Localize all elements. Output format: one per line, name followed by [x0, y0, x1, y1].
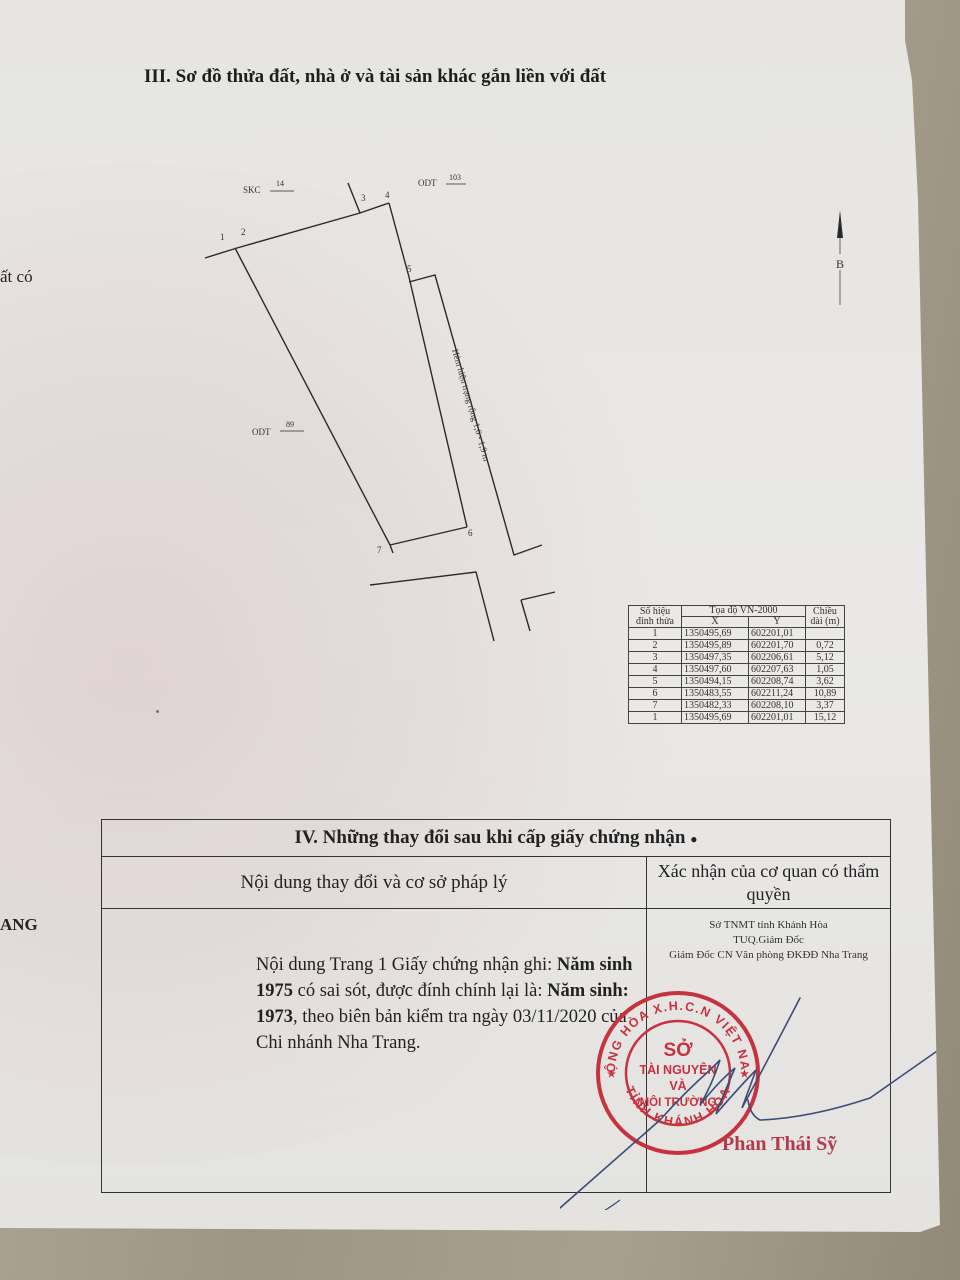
cell-y: 602208,10	[749, 700, 806, 712]
neighbor-odt103-code: ODT	[418, 178, 437, 188]
cell-x: 1350494,15	[682, 676, 749, 688]
edge-fragment-bottom: ANG	[0, 915, 38, 935]
cell-vertex: 3	[629, 652, 682, 664]
vertex-2-label: 2	[241, 227, 246, 237]
cell-y: 602201,70	[749, 640, 806, 652]
col-content-header: Nội dung thay đổi và cơ sở pháp lý	[102, 857, 646, 908]
neighbor-skc-code: SKC	[243, 185, 261, 195]
cell-y: 602206,61	[749, 652, 806, 664]
north-label: B	[836, 257, 844, 271]
neighbor-skc-parcel: 14	[276, 179, 284, 188]
north-arrow-icon: B	[830, 210, 850, 305]
coordinate-row: 11350495,69602201,01	[629, 628, 845, 640]
signer-name: Phan Thái Sỹ	[722, 1133, 837, 1156]
certificate-page: III. Sơ đồ thửa đất, nhà ở và tài sản kh…	[0, 0, 940, 1232]
vertex-7-label: 7	[377, 545, 382, 555]
header-length: Chiều dài (m)	[806, 606, 845, 628]
authority-line-3: Giám Đốc CN Văn phòng ĐKĐĐ Nha Trang	[647, 948, 890, 963]
cell-y: 602207,63	[749, 664, 806, 676]
cell-length: 3,37	[806, 700, 845, 712]
cell-x: 1350495,89	[682, 640, 749, 652]
cell-x: 1350495,69	[682, 628, 749, 640]
cell-length: 3,62	[806, 676, 845, 688]
header-y: Y	[749, 617, 806, 628]
vertex-4-label: 4	[385, 190, 390, 200]
cell-y: 602211,24	[749, 688, 806, 700]
cell-x: 1350497,60	[682, 664, 749, 676]
col-authority-header: Xác nhận của cơ quan có thẩm quyền	[647, 860, 890, 906]
coordinate-row: 71350482,33602208,103,37	[629, 700, 845, 712]
cell-vertex: 4	[629, 664, 682, 676]
neighbor-odt103-parcel: 103	[449, 173, 461, 182]
cell-vertex: 1	[629, 628, 682, 640]
coordinate-row: 51350494,15602208,743,62	[629, 676, 845, 688]
cell-vertex: 1	[629, 712, 682, 724]
cell-vertex: 7	[629, 700, 682, 712]
cell-length: 10,89	[806, 688, 845, 700]
alley-label: Hẻm hiện trạng rộng 1,6 - 1,9 m	[450, 348, 492, 462]
authority-line-1: Sở TNMT tỉnh Khánh Hòa	[647, 918, 890, 933]
vertex-1-label: 1	[220, 232, 225, 242]
cell-x: 1350482,33	[682, 700, 749, 712]
coordinate-row: 41350497,60602207,631,05	[629, 664, 845, 676]
coordinate-table: Số hiệu đỉnh thửa Tọa độ VN-2000 Chiều d…	[628, 605, 845, 724]
header-vertex: Số hiệu đỉnh thửa	[629, 606, 682, 628]
cell-vertex: 2	[629, 640, 682, 652]
coordinate-row: 61350483,55602211,2410,89	[629, 688, 845, 700]
coordinate-row: 21350495,89602201,700,72	[629, 640, 845, 652]
cell-y: 602201,01	[749, 628, 806, 640]
cell-length: 5,12	[806, 652, 845, 664]
changes-header-row: Nội dung thay đổi và cơ sở pháp lý Xác n…	[102, 857, 890, 909]
cell-vertex: 6	[629, 688, 682, 700]
authority-line-2: TUQ.Giám Đốc	[647, 933, 890, 948]
cell-y: 602208,74	[749, 676, 806, 688]
section-iv-title: IV. Những thay đổi sau khi cấp giấy chứn…	[102, 820, 890, 857]
cell-length: 0,72	[806, 640, 845, 652]
header-system: Tọa độ VN-2000	[682, 606, 806, 617]
coordinate-row: 11350495,69602201,0115,12	[629, 712, 845, 724]
coordinate-row: 31350497,35602206,615,12	[629, 652, 845, 664]
cell-length: 1,05	[806, 664, 845, 676]
neighbor-odt89-code: ODT	[252, 427, 271, 437]
vertex-3-label: 3	[361, 193, 366, 203]
vertex-6-label: 6	[468, 528, 473, 538]
cell-length	[806, 628, 845, 640]
signature	[560, 980, 940, 1210]
cell-x: 1350495,69	[682, 712, 749, 724]
ink-speck	[156, 710, 159, 713]
cell-x: 1350497,35	[682, 652, 749, 664]
cell-length: 15,12	[806, 712, 845, 724]
header-x: X	[682, 617, 749, 628]
neighbor-odt89-parcel: 89	[286, 420, 294, 429]
authority-block: Sở TNMT tỉnh Khánh Hòa TUQ.Giám Đốc Giám…	[647, 918, 890, 963]
cell-vertex: 5	[629, 676, 682, 688]
cell-x: 1350483,55	[682, 688, 749, 700]
cell-y: 602201,01	[749, 712, 806, 724]
vertex-5-label: 5	[407, 264, 412, 274]
